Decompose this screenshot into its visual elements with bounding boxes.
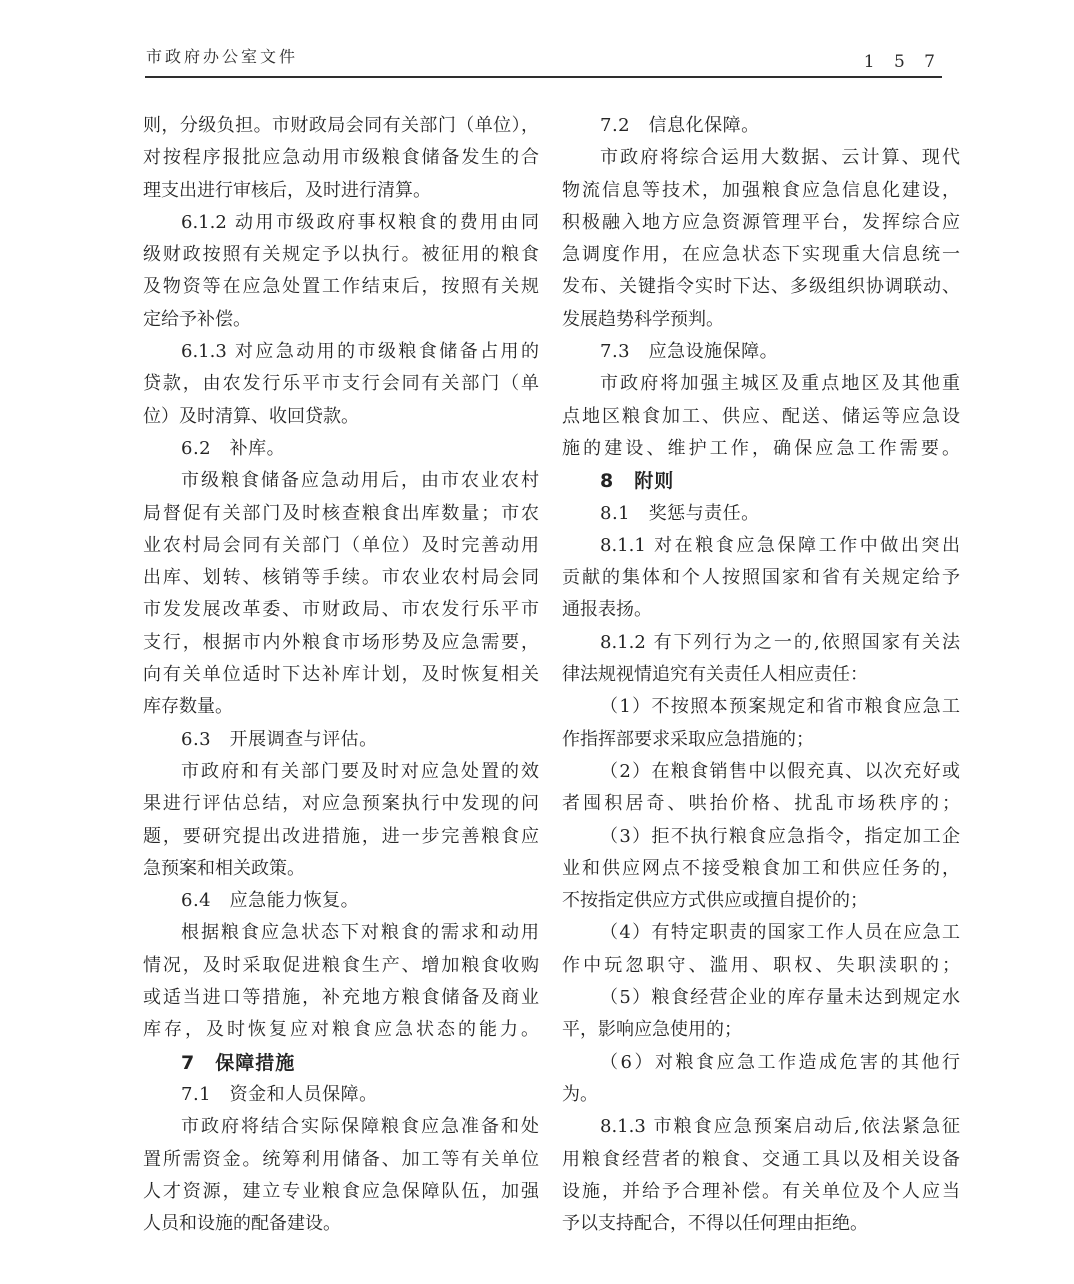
- text-line: 贡献的集体和个人按照国家和省有关规定给予: [562, 562, 960, 594]
- text-line: （6）对粮食应急工作造成危害的其他行: [562, 1047, 960, 1079]
- text-line: 用粮食经营者的粮食、交通工具以及相关设备: [562, 1144, 960, 1176]
- text-line: 业农村局会同有关部门（单位）及时完善动用: [143, 530, 539, 562]
- text-line: 或适当进口等措施，补充地方粮食储备及商业: [143, 982, 539, 1014]
- text-line: （2）在粮食销售中以假充真、以次充好或: [562, 756, 960, 788]
- text-line: 果进行评估总结，对应急预案执行中发现的问: [143, 788, 539, 820]
- text-line: 6.1.2 动用市级政府事权粮食的费用由同: [143, 207, 539, 239]
- text-line: 位）及时清算、收回贷款。: [143, 401, 539, 433]
- text-line: （1）不按照本预案规定和省市粮食应急工: [562, 691, 960, 723]
- text-line: 8.1.3 市粮食应急预案启动后,依法紧急征: [562, 1111, 960, 1143]
- text-line: 市政府和有关部门要及时对应急处置的效: [143, 756, 539, 788]
- text-line: （5）粮食经营企业的库存量未达到规定水: [562, 982, 960, 1014]
- subsection-heading: 7.2 信息化保障。: [562, 110, 960, 142]
- text-line: 则，分级负担。市财政局会同有关部门（单位），: [143, 110, 539, 142]
- text-line: 不按指定供应方式供应或擅自提价的；: [562, 885, 960, 917]
- text-line: 局督促有关部门及时核查粮食出库数量；市农: [143, 498, 539, 530]
- text-line: （4）有特定职责的国家工作人员在应急工: [562, 917, 960, 949]
- section-heading: 7 保障措施: [143, 1047, 539, 1079]
- text-line: 予以支持配合，不得以任何理由拒绝。: [562, 1208, 960, 1240]
- text-line: 市政府将加强主城区及重点地区及其他重: [562, 368, 960, 400]
- text-line: 市发发展改革委、市财政局、市农发行乐平市: [143, 594, 539, 626]
- text-line: 向有关单位适时下达补库计划，及时恢复相关: [143, 659, 539, 691]
- text-line: 级财政按照有关规定予以执行。被征用的粮食: [143, 239, 539, 271]
- text-line: 施的建设、维护工作，确保应急工作需要。: [562, 433, 960, 465]
- text-line: 业和供应网点不接受粮食加工和供应任务的，: [562, 853, 960, 885]
- text-line: 情况，及时采取促进粮食生产、增加粮食收购: [143, 950, 539, 982]
- text-line: 定给予补偿。: [143, 304, 539, 336]
- text-line: 积极融入地方应急资源管理平台，发挥综合应: [562, 207, 960, 239]
- text-line: 题，要研究提出改进措施，进一步完善粮食应: [143, 821, 539, 853]
- right-column: 7.2 信息化保障。市政府将综合运用大数据、云计算、现代物流信息等技术，加强粮食…: [562, 110, 960, 1240]
- text-line: 对按程序报批应急动用市级粮食储备发生的合: [143, 142, 539, 174]
- page-number: 1 5 7: [864, 52, 942, 72]
- text-line: 为。: [562, 1079, 960, 1111]
- text-line: 8.1.1 对在粮食应急保障工作中做出突出: [562, 530, 960, 562]
- text-line: 贷款，由农发行乐平市支行会同有关部门（单: [143, 368, 539, 400]
- subsection-heading: 6.4 应急能力恢复。: [143, 885, 539, 917]
- text-line: 根据粮食应急状态下对粮食的需求和动用: [143, 917, 539, 949]
- text-line: 库存数量。: [143, 691, 539, 723]
- text-line: 6.1.3 对应急动用的市级粮食储备占用的: [143, 336, 539, 368]
- text-line: 8.1.2 有下列行为之一的,依照国家有关法: [562, 627, 960, 659]
- text-line: 者囤积居奇、哄抬价格、扰乱市场秩序的；: [562, 788, 960, 820]
- text-line: 市政府将综合运用大数据、云计算、现代: [562, 142, 960, 174]
- text-line: （3）拒不执行粮食应急指令，指定加工企: [562, 821, 960, 853]
- subsection-heading: 6.3 开展调查与评估。: [143, 724, 539, 756]
- text-line: 发展趋势科学预判。: [562, 304, 960, 336]
- text-line: 急预案和相关政策。: [143, 853, 539, 885]
- text-line: 平，影响应急使用的；: [562, 1014, 960, 1046]
- text-line: 及物资等在应急处置工作结束后，按照有关规: [143, 271, 539, 303]
- text-line: 通报表扬。: [562, 594, 960, 626]
- header-rule: [145, 76, 942, 78]
- text-line: 支行，根据市内外粮食市场形势及应急需要，: [143, 627, 539, 659]
- text-line: 作中玩忽职守、滥用、职权、失职渎职的；: [562, 950, 960, 982]
- text-line: 点地区粮食加工、供应、配送、储运等应急设: [562, 401, 960, 433]
- document-page: 市政府办公室文件 1 5 7 则，分级负担。市财政局会同有关部门（单位），对按程…: [0, 0, 1074, 1284]
- subsection-heading: 6.2 补库。: [143, 433, 539, 465]
- text-line: 设施，并给予合理补偿。有关单位及个人应当: [562, 1176, 960, 1208]
- text-line: 律法规视情追究有关责任人相应责任：: [562, 659, 960, 691]
- text-line: 急调度作用，在应急状态下实现重大信息统一: [562, 239, 960, 271]
- text-line: 市政府将结合实际保障粮食应急准备和处: [143, 1111, 539, 1143]
- text-line: 市级粮食储备应急动用后，由市农业农村: [143, 465, 539, 497]
- text-line: 人才资源，建立专业粮食应急保障队伍，加强: [143, 1176, 539, 1208]
- text-line: 人员和设施的配备建设。: [143, 1208, 539, 1240]
- subsection-heading: 7.1 资金和人员保障。: [143, 1079, 539, 1111]
- subsection-heading: 7.3 应急设施保障。: [562, 336, 960, 368]
- text-line: 出库、划转、核销等手续。市农业农村局会同: [143, 562, 539, 594]
- text-line: 作指挥部要求采取应急措施的；: [562, 724, 960, 756]
- subsection-heading: 8.1 奖惩与责任。: [562, 498, 960, 530]
- text-line: 物流信息等技术，加强粮食应急信息化建设，: [562, 175, 960, 207]
- text-line: 理支出进行审核后，及时进行清算。: [143, 175, 539, 207]
- text-line: 库存，及时恢复应对粮食应急状态的能力。: [143, 1014, 539, 1046]
- text-line: 发布、关键指令实时下达、多级组织协调联动、: [562, 271, 960, 303]
- text-line: 置所需资金。统筹利用储备、加工等有关单位: [143, 1144, 539, 1176]
- left-column: 则，分级负担。市财政局会同有关部门（单位），对按程序报批应急动用市级粮食储备发生…: [143, 110, 539, 1240]
- section-heading: 8 附则: [562, 465, 960, 497]
- page-header-title: 市政府办公室文件: [146, 44, 298, 67]
